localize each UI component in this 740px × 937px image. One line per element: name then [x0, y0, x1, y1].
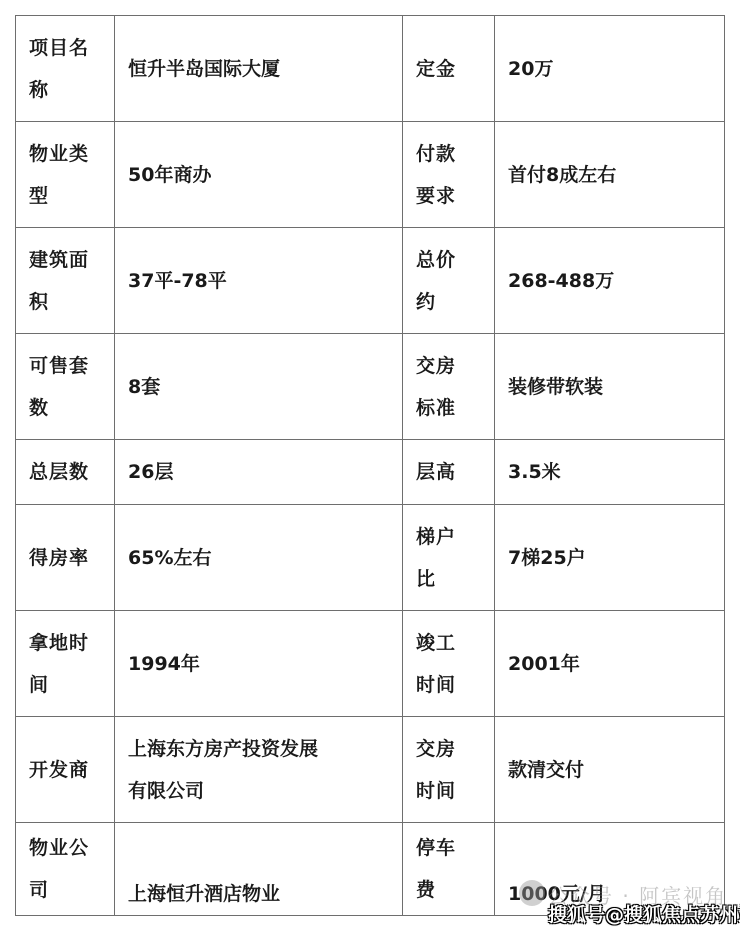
label-land-acquisition-time: 拿地时间	[16, 611, 115, 717]
label-delivery-standard: 交房标准	[403, 334, 495, 440]
label-total-floors: 总层数	[16, 440, 115, 505]
label-floor-area: 建筑面积	[16, 228, 115, 334]
table-row: 项目名称 恒升半岛国际大厦 定金 20万	[16, 16, 725, 122]
label-developer: 开发商	[16, 717, 115, 823]
label-units-for-sale: 可售套数	[16, 334, 115, 440]
value-property-type: 50年商办	[115, 122, 403, 228]
table-row: 总层数 26层 层高 3.5米	[16, 440, 725, 505]
label-efficiency-rate: 得房率	[16, 505, 115, 611]
value-project-name: 恒升半岛国际大厦	[115, 16, 403, 122]
value-total-price: 268-488万	[495, 228, 725, 334]
value-land-acquisition-time: 1994年	[115, 611, 403, 717]
label-floor-height: 层高	[403, 440, 495, 505]
value-delivery-time: 款清交付	[495, 717, 725, 823]
label-completion-time: 竣工时间	[403, 611, 495, 717]
value-efficiency-rate: 65%左右	[115, 505, 403, 611]
table-row: 物业类型 50年商办 付款要求 首付8成左右	[16, 122, 725, 228]
label-elevator-ratio: 梯户比	[403, 505, 495, 611]
label-parking-fee: 停车费	[403, 823, 495, 916]
property-info-table: 项目名称 恒升半岛国际大厦 定金 20万 物业类型 50年商办 付款要求 首付8…	[15, 15, 725, 916]
value-property-management: 上海恒升酒店物业	[115, 823, 403, 916]
value-developer: 上海东方房产投资发展有限公司	[115, 717, 403, 823]
table-row: 得房率 65%左右 梯户比 7梯25户	[16, 505, 725, 611]
label-project-name: 项目名称	[16, 16, 115, 122]
wechat-icon	[519, 880, 545, 906]
sohu-watermark: 搜狐号@搜狐焦点苏州站	[548, 900, 740, 927]
value-completion-time: 2001年	[495, 611, 725, 717]
table-row: 开发商 上海东方房产投资发展有限公司 交房时间 款清交付	[16, 717, 725, 823]
table-row: 可售套数 8套 交房标准 装修带软装	[16, 334, 725, 440]
label-delivery-time: 交房时间	[403, 717, 495, 823]
label-deposit: 定金	[403, 16, 495, 122]
value-elevator-ratio: 7梯25户	[495, 505, 725, 611]
table-row: 建筑面积 37平-78平 总价约 268-488万	[16, 228, 725, 334]
value-total-floors: 26层	[115, 440, 403, 505]
value-floor-area: 37平-78平	[115, 228, 403, 334]
label-property-type: 物业类型	[16, 122, 115, 228]
value-payment-requirement: 首付8成左右	[495, 122, 725, 228]
value-delivery-standard: 装修带软装	[495, 334, 725, 440]
label-total-price: 总价约	[403, 228, 495, 334]
value-floor-height: 3.5米	[495, 440, 725, 505]
value-deposit: 20万	[495, 16, 725, 122]
value-units-for-sale: 8套	[115, 334, 403, 440]
label-payment-requirement: 付款要求	[403, 122, 495, 228]
label-property-management: 物业公司	[16, 823, 115, 916]
table-row: 拿地时间 1994年 竣工时间 2001年	[16, 611, 725, 717]
